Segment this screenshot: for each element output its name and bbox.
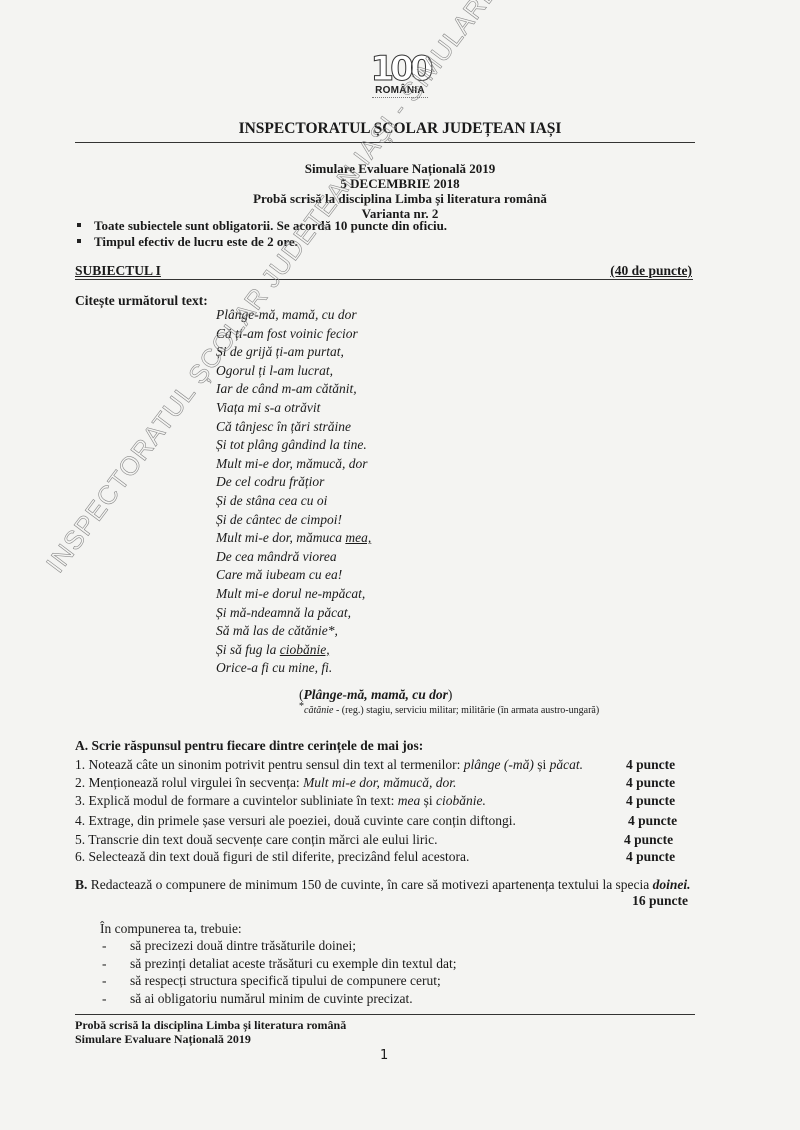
subject-points: (40 de puncte) [610, 263, 692, 279]
exam-header: Simulare Evaluare Națională 2019 5 DECEM… [0, 161, 800, 221]
footer-divider [75, 1014, 695, 1015]
requirement-5: 5. Transcrie din text două secvențe care… [75, 832, 438, 848]
logo-number: 100 [350, 52, 450, 86]
requirement-6: 6. Selectează din text două figuri de st… [75, 849, 469, 865]
poem-line: Orice-a fi cu mine, fi. [216, 659, 371, 678]
composition-requirement: să ai obligatoriu numărul minim de cuvin… [100, 990, 457, 1007]
poem-line: Că ți-am fost voinic fecior [216, 325, 371, 344]
footer-line: Simulare Evaluare Națională 2019 [75, 1032, 346, 1046]
composition-requirement: să respecți structura specifică tipului … [100, 972, 457, 989]
underlined-word-mea: mea, [345, 530, 371, 545]
poem: Plânge-mă, mamă, cu dor Că ți-am fost vo… [216, 306, 371, 678]
poem-line: De cel codru frățior [216, 473, 371, 492]
poem-line: Și mă-ndeamnă la păcat, [216, 604, 371, 623]
requirement-4-points: 4 puncte [628, 813, 677, 829]
requirement-text: 2. Menționează rolul virgulei în secvenț… [75, 775, 303, 790]
requirement-1-points: 4 puncte [626, 757, 675, 773]
poem-line-text: Mult mi-e dor, mămuca [216, 530, 345, 545]
poem-line: Și de cântec de cimpoi! [216, 511, 371, 530]
requirement-3: 3. Explică modul de formare a cuvintelor… [75, 793, 486, 809]
section-b: B. Redactează o compunere de minimum 150… [75, 876, 695, 893]
subject-title: SUBIECTUL I [75, 263, 161, 279]
requirement-5-points: 4 puncte [624, 832, 673, 848]
logo-word: ROMÂNIA [350, 86, 450, 96]
poem-source: (Plânge-mă, mamă, cu dor) [299, 687, 452, 703]
footnote: *cătănie - (reg.) stagiu, serviciu milit… [299, 705, 599, 716]
section-b-text: Redactează o compunere de minimum 150 de… [87, 877, 652, 892]
institution-title: INSPECTORATUL ȘCOLAR JUDEȚEAN IAȘI [0, 120, 800, 138]
poem-line: Și să fug la ciobănie, [216, 641, 371, 660]
composition-intro: În compunerea ta, trebuie: [100, 920, 457, 937]
underlined-word-ciobanie: ciobănie, [280, 642, 330, 657]
requirement-1: 1. Notează câte un sinonim potrivit pent… [75, 757, 583, 773]
exam-discipline: Probă scrisă la disciplina Limba și lite… [0, 191, 800, 206]
poem-line: Viața mi s-a otrăvit [216, 399, 371, 418]
poem-line-text: Și să fug la [216, 642, 280, 657]
composition-requirement: să prezinți detaliat aceste trăsături cu… [100, 955, 457, 972]
rule-item: Toate subiectele sunt obligatorii. Se ac… [76, 218, 447, 234]
requirement-text: 1. Notează câte un sinonim potrivit pent… [75, 757, 464, 772]
requirement-term: păcat. [550, 757, 583, 772]
requirement-3-points: 4 puncte [626, 793, 675, 809]
poem-line: Ogorul ți l-am lucrat, [216, 362, 371, 381]
exam-rules: Toate subiectele sunt obligatorii. Se ac… [76, 218, 447, 249]
requirement-term: plânge (-mă) [464, 757, 534, 772]
poem-line: Iar de când m-am cătănit, [216, 380, 371, 399]
composition-requirement: să precizezi două dintre trăsăturile doi… [100, 937, 457, 954]
exam-title: Simulare Evaluare Națională 2019 [0, 161, 800, 176]
poem-line: Plânge-mă, mamă, cu dor [216, 306, 371, 325]
poem-line: Că tânjesc în țări străine [216, 418, 371, 437]
requirement-term: ciobănie. [436, 793, 486, 808]
requirement-2: 2. Menționează rolul virgulei în secvenț… [75, 775, 456, 791]
poem-source-title: Plânge-mă, mamă, cu dor [304, 687, 448, 702]
footnote-asterisk: * [299, 701, 304, 712]
poem-line: Și de grijă ți-am purtat, [216, 343, 371, 362]
poem-line: Și tot plâng gândind la tine. [216, 436, 371, 455]
requirement-text: 3. Explică modul de formare a cuvintelor… [75, 793, 398, 808]
requirement-text: și [534, 757, 550, 772]
requirement-term: mea [398, 793, 421, 808]
footnote-word: cătănie [304, 705, 333, 716]
subject-divider [75, 279, 693, 280]
requirement-6-points: 4 puncte [626, 849, 675, 865]
footer-line: Probă scrisă la disciplina Limba și lite… [75, 1018, 346, 1032]
section-b-term: doinei. [653, 877, 691, 892]
section-a-title: A. Scrie răspunsul pentru fiecare dintre… [75, 738, 423, 754]
exam-page: 100 ROMÂNIA INSPECTORATUL ȘCOLAR JUDEȚEA… [0, 0, 800, 1130]
requirement-4: 4. Extrage, din primele șase versuri ale… [75, 813, 516, 829]
page-number: 1 [380, 1048, 388, 1063]
poem-line: Mult mi-e dor, mămucă, dor [216, 455, 371, 474]
poem-line: Să mă las de cătănie*, [216, 622, 371, 641]
section-b-points: 16 puncte [632, 893, 688, 909]
poem-line: Mult mi-e dor, mămuca mea, [216, 529, 371, 548]
exam-date: 5 DECEMBRIE 2018 [0, 176, 800, 191]
poem-line: Care mă iubeam cu ea! [216, 566, 371, 585]
reading-instruction: Citește următorul text: [75, 293, 208, 309]
poem-line: De cea mândră viorea [216, 548, 371, 567]
requirement-2-points: 4 puncte [626, 775, 675, 791]
footnote-definition: - (reg.) stagiu, serviciu militar; milit… [333, 705, 599, 716]
poem-line: Și de stâna cea cu oi [216, 492, 371, 511]
requirement-term: Mult mi-e dor, mămucă, dor. [303, 775, 456, 790]
logo-subtitle-line [372, 97, 428, 100]
header-divider [75, 142, 695, 143]
composition-requirements: În compunerea ta, trebuie: să precizezi … [100, 920, 457, 1007]
requirement-text: și [420, 793, 436, 808]
romania-100-logo: 100 ROMÂNIA [350, 52, 450, 100]
poem-line: Mult mi-e dorul ne-mpăcat, [216, 585, 371, 604]
page-footer: Probă scrisă la disciplina Limba și lite… [75, 1018, 346, 1046]
section-b-label: B. [75, 877, 87, 892]
rule-item: Timpul efectiv de lucru este de 2 ore. [76, 234, 447, 250]
